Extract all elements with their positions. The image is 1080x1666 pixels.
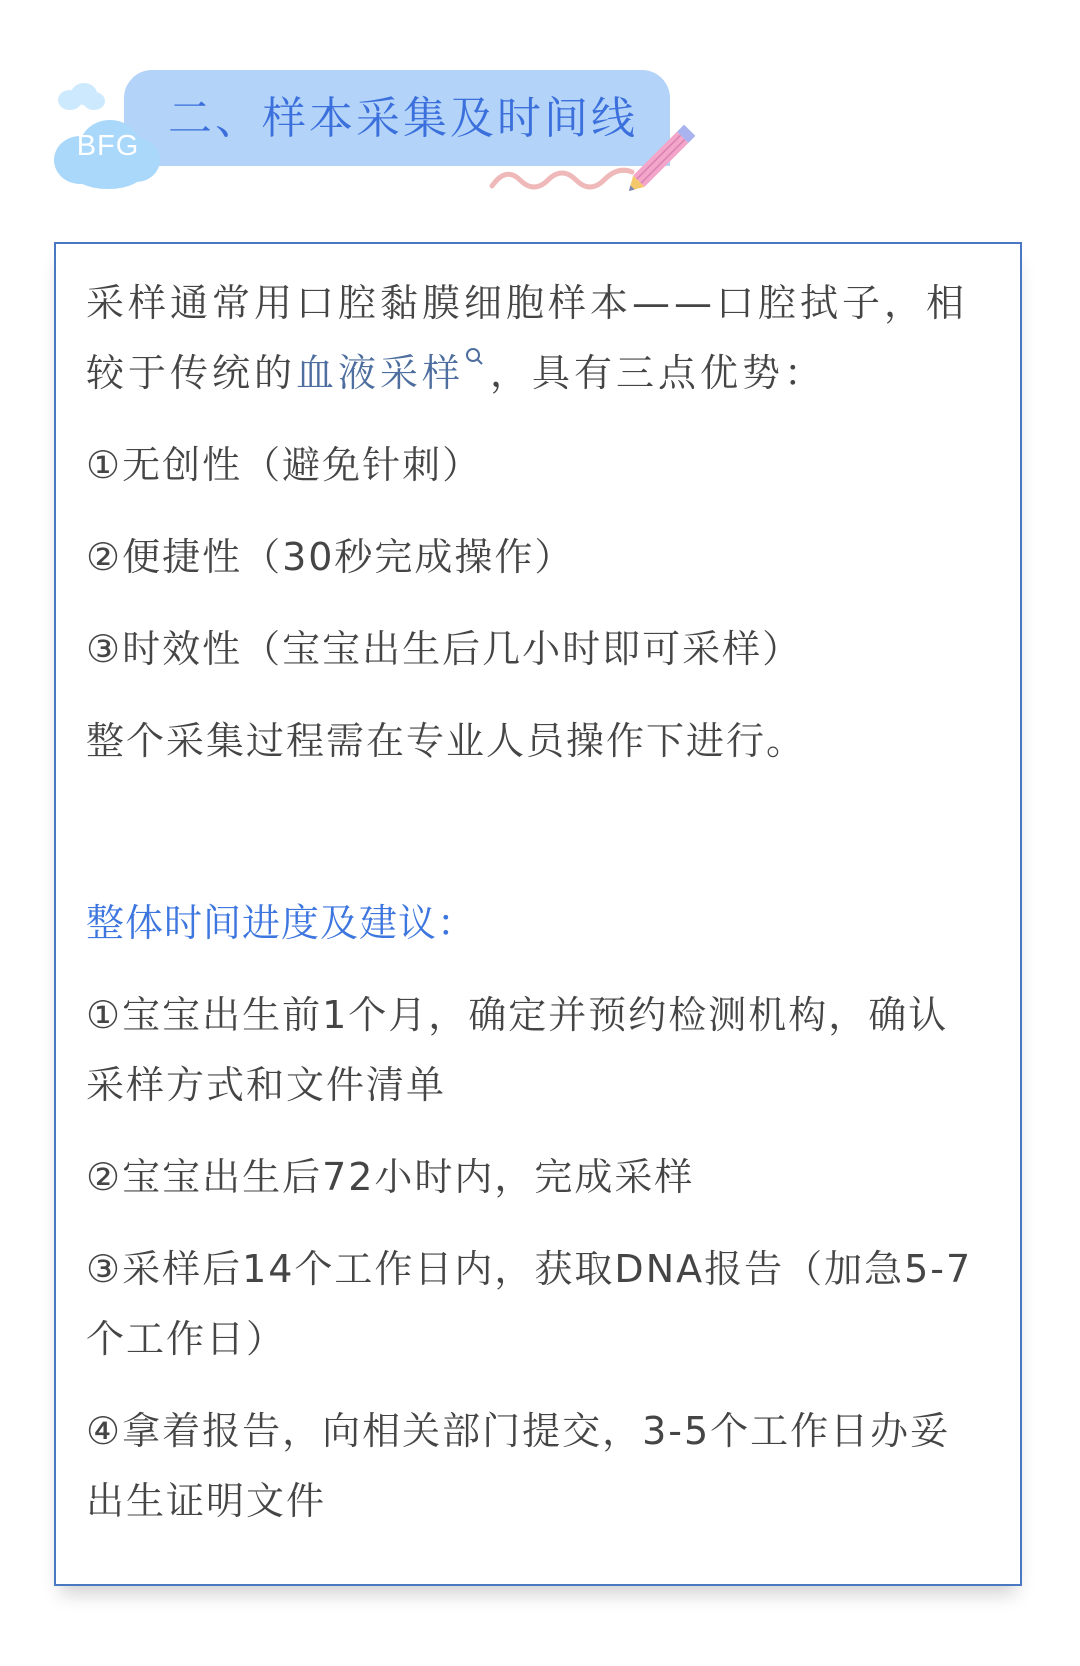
spacer bbox=[86, 798, 986, 888]
item-text: 时效性（宝宝出生后几小时即可采样） bbox=[122, 627, 802, 671]
advantage-item: ③时效性（宝宝出生后几小时即可采样） bbox=[86, 614, 986, 684]
timeline-item: ④拿着报告，向相关部门提交，3-5个工作日办妥出生证明文件 bbox=[86, 1396, 986, 1536]
timeline-heading: 整体时间进度及建议： bbox=[86, 888, 986, 958]
item-marker: ④ bbox=[86, 1409, 122, 1453]
item-text: 宝宝出生前1个月，确定并预约检测机构，确认采样方式和文件清单 bbox=[86, 993, 948, 1107]
blood-sampling-link[interactable]: 血液采样 bbox=[296, 351, 464, 395]
item-text: 无创性（避免针刺） bbox=[122, 443, 482, 487]
small-cloud-icon bbox=[56, 82, 106, 112]
item-marker: ③ bbox=[86, 1247, 122, 1291]
search-icon[interactable] bbox=[464, 346, 486, 376]
intro-paragraph: 采样通常用口腔黏膜细胞样本——口腔拭子，相较于传统的血液采样，具有三点优势： bbox=[86, 268, 986, 408]
item-text: 拿着报告，向相关部门提交，3-5个工作日办妥出生证明文件 bbox=[86, 1409, 950, 1523]
intro-tail: ，具有三点优势： bbox=[490, 351, 826, 395]
section-title: 二、样本采集及时间线 bbox=[168, 82, 638, 146]
brand-badge: BFG bbox=[56, 130, 160, 163]
squiggle-decoration-icon bbox=[486, 162, 636, 192]
pencil-icon bbox=[620, 110, 710, 200]
item-marker: ③ bbox=[86, 627, 122, 671]
timeline-item: ③采样后14个工作日内，获取DNA报告（加急5-7个工作日） bbox=[86, 1234, 986, 1374]
item-marker: ① bbox=[86, 993, 122, 1037]
item-marker: ② bbox=[86, 1155, 122, 1199]
advantage-item: ②便捷性（30秒完成操作） bbox=[86, 522, 986, 592]
content-card: 采样通常用口腔黏膜细胞样本——口腔拭子，相较于传统的血液采样，具有三点优势： ①… bbox=[54, 242, 1022, 1586]
item-text: 便捷性（30秒完成操作） bbox=[122, 535, 574, 579]
item-text: 宝宝出生后72小时内，完成采样 bbox=[122, 1155, 694, 1199]
item-marker: ① bbox=[86, 443, 122, 487]
content-body: 采样通常用口腔黏膜细胞样本——口腔拭子，相较于传统的血液采样，具有三点优势： ①… bbox=[86, 268, 986, 1558]
item-text: 采样后14个工作日内，获取DNA报告（加急5-7个工作日） bbox=[86, 1247, 972, 1361]
timeline-item: ①宝宝出生前1个月，确定并预约检测机构，确认采样方式和文件清单 bbox=[86, 980, 986, 1120]
advantage-item: ①无创性（避免针刺） bbox=[86, 430, 986, 500]
item-marker: ② bbox=[86, 535, 122, 579]
closing-note: 整个采集过程需在专业人员操作下进行。 bbox=[86, 706, 986, 776]
timeline-item: ②宝宝出生后72小时内，完成采样 bbox=[86, 1142, 986, 1212]
section-header: BFG 二、样本采集及时间线 bbox=[0, 0, 1080, 200]
